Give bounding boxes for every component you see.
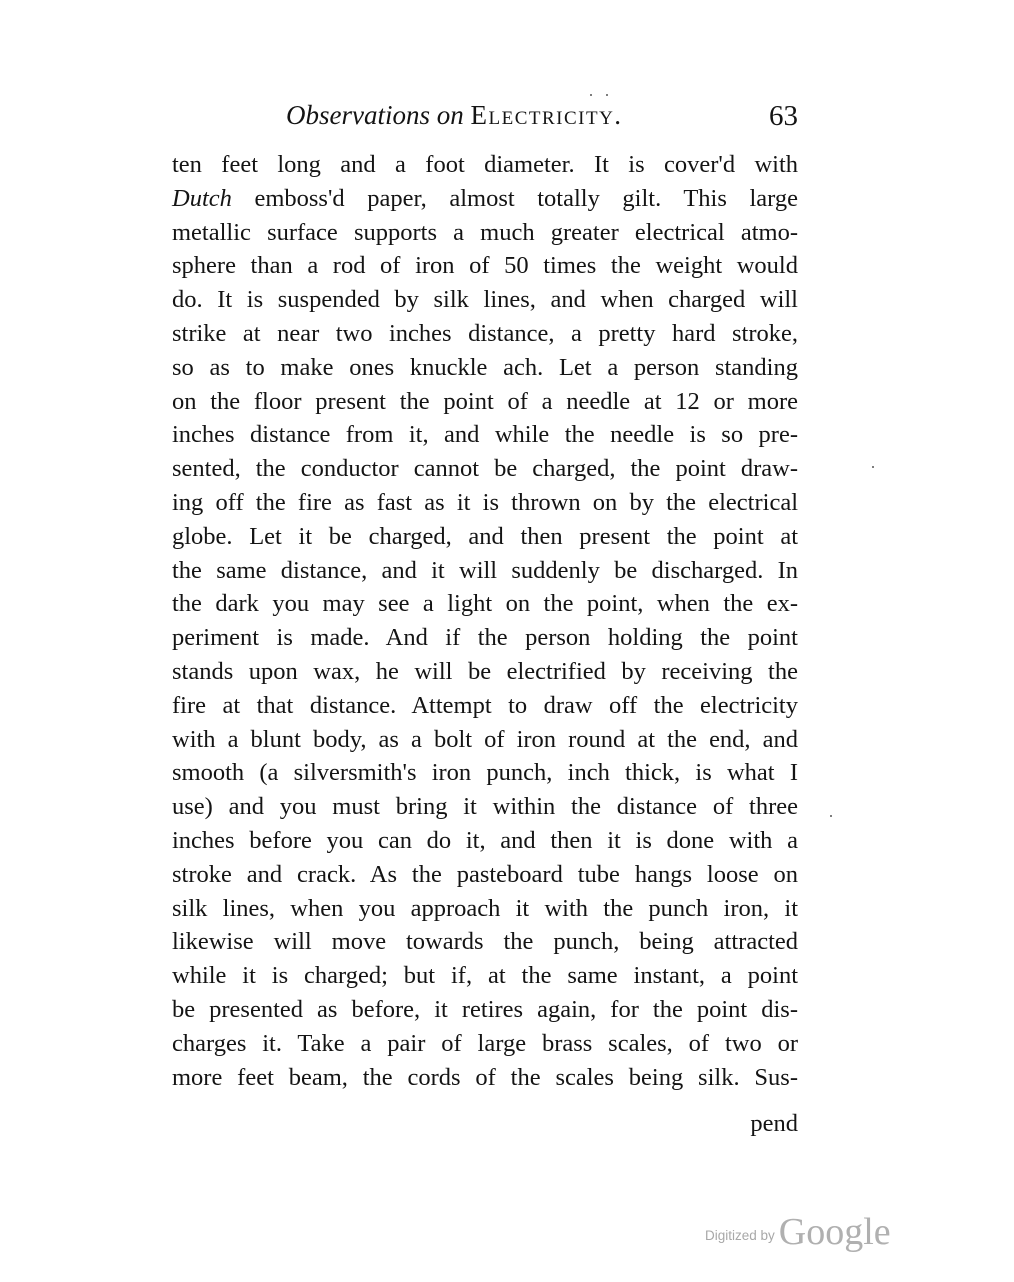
text-line: more feet beam, the cords of the scales … [172,1061,798,1095]
watermark-prefix: Digitized by [705,1228,775,1243]
italic-word-dutch: Dutch [172,185,232,212]
text-line: periment is made. And if the person hold… [172,621,798,655]
text-line: with a blunt body, as a bolt of iron rou… [172,723,798,757]
running-title: Observations on Electricity. [286,100,623,131]
text-line: stroke and crack. As the pasteboard tube… [172,858,798,892]
scan-speck [872,466,874,468]
scan-speck [606,94,608,96]
digitized-watermark: Digitized byGoogle [705,1210,891,1254]
catchword: pend [750,1110,798,1138]
book-page: Observations on Electricity. 63 ten feet… [0,0,1014,1282]
body-text: ten feet long and a foot diameter. It is… [172,148,798,1094]
text-line: metallic surface supports a much greater… [172,216,798,250]
text-line: smooth (a silversmith's iron punch, inch… [172,756,798,790]
running-title-italic: Observations on [286,100,464,130]
text-line: while it is charged; but if, at the same… [172,959,798,993]
text-line: the dark you may see a light on the poin… [172,587,798,621]
page-number: 63 [769,100,798,133]
text-line: sented, the conductor cannot be charged,… [172,452,798,486]
text-line: be presented as before, it retires again… [172,993,798,1027]
running-title-caps: Electricity. [471,100,623,130]
scan-speck [830,815,832,817]
text-line: inches before you can do it, and then it… [172,824,798,858]
text-line: the same distance, and it will suddenly … [172,554,798,588]
text-line: inches distance from it, and while the n… [172,418,798,452]
scan-speck [590,94,592,96]
text-line: silk lines, when you approach it with th… [172,892,798,926]
running-header: Observations on Electricity. 63 [172,100,798,144]
text-line: use) and you must bring it within the di… [172,790,798,824]
watermark-brand-logo: Google [779,1211,891,1253]
text-line: do. It is suspended by silk lines, and w… [172,283,798,317]
text-line: strike at near two inches distance, a pr… [172,317,798,351]
text-line: likewise will move towards the punch, be… [172,925,798,959]
text-line: globe. Let it be charged, and then prese… [172,520,798,554]
text-line: fire at that distance. Attempt to draw o… [172,689,798,723]
text-line: Dutch emboss'd paper, almost totally gil… [172,182,798,216]
text-line: on the floor present the point of a need… [172,385,798,419]
text-line-rest: emboss'd paper, almost totally gilt. Thi… [254,185,798,212]
text-line: charges it. Take a pair of large brass s… [172,1027,798,1061]
text-line: ten feet long and a foot diameter. It is… [172,148,798,182]
text-line: stands upon wax, he will be electrified … [172,655,798,689]
text-line: so as to make ones knuckle ach. Let a pe… [172,351,798,385]
text-line: ing off the fire as fast as it is thrown… [172,486,798,520]
text-line: sphere than a rod of iron of 50 times th… [172,249,798,283]
